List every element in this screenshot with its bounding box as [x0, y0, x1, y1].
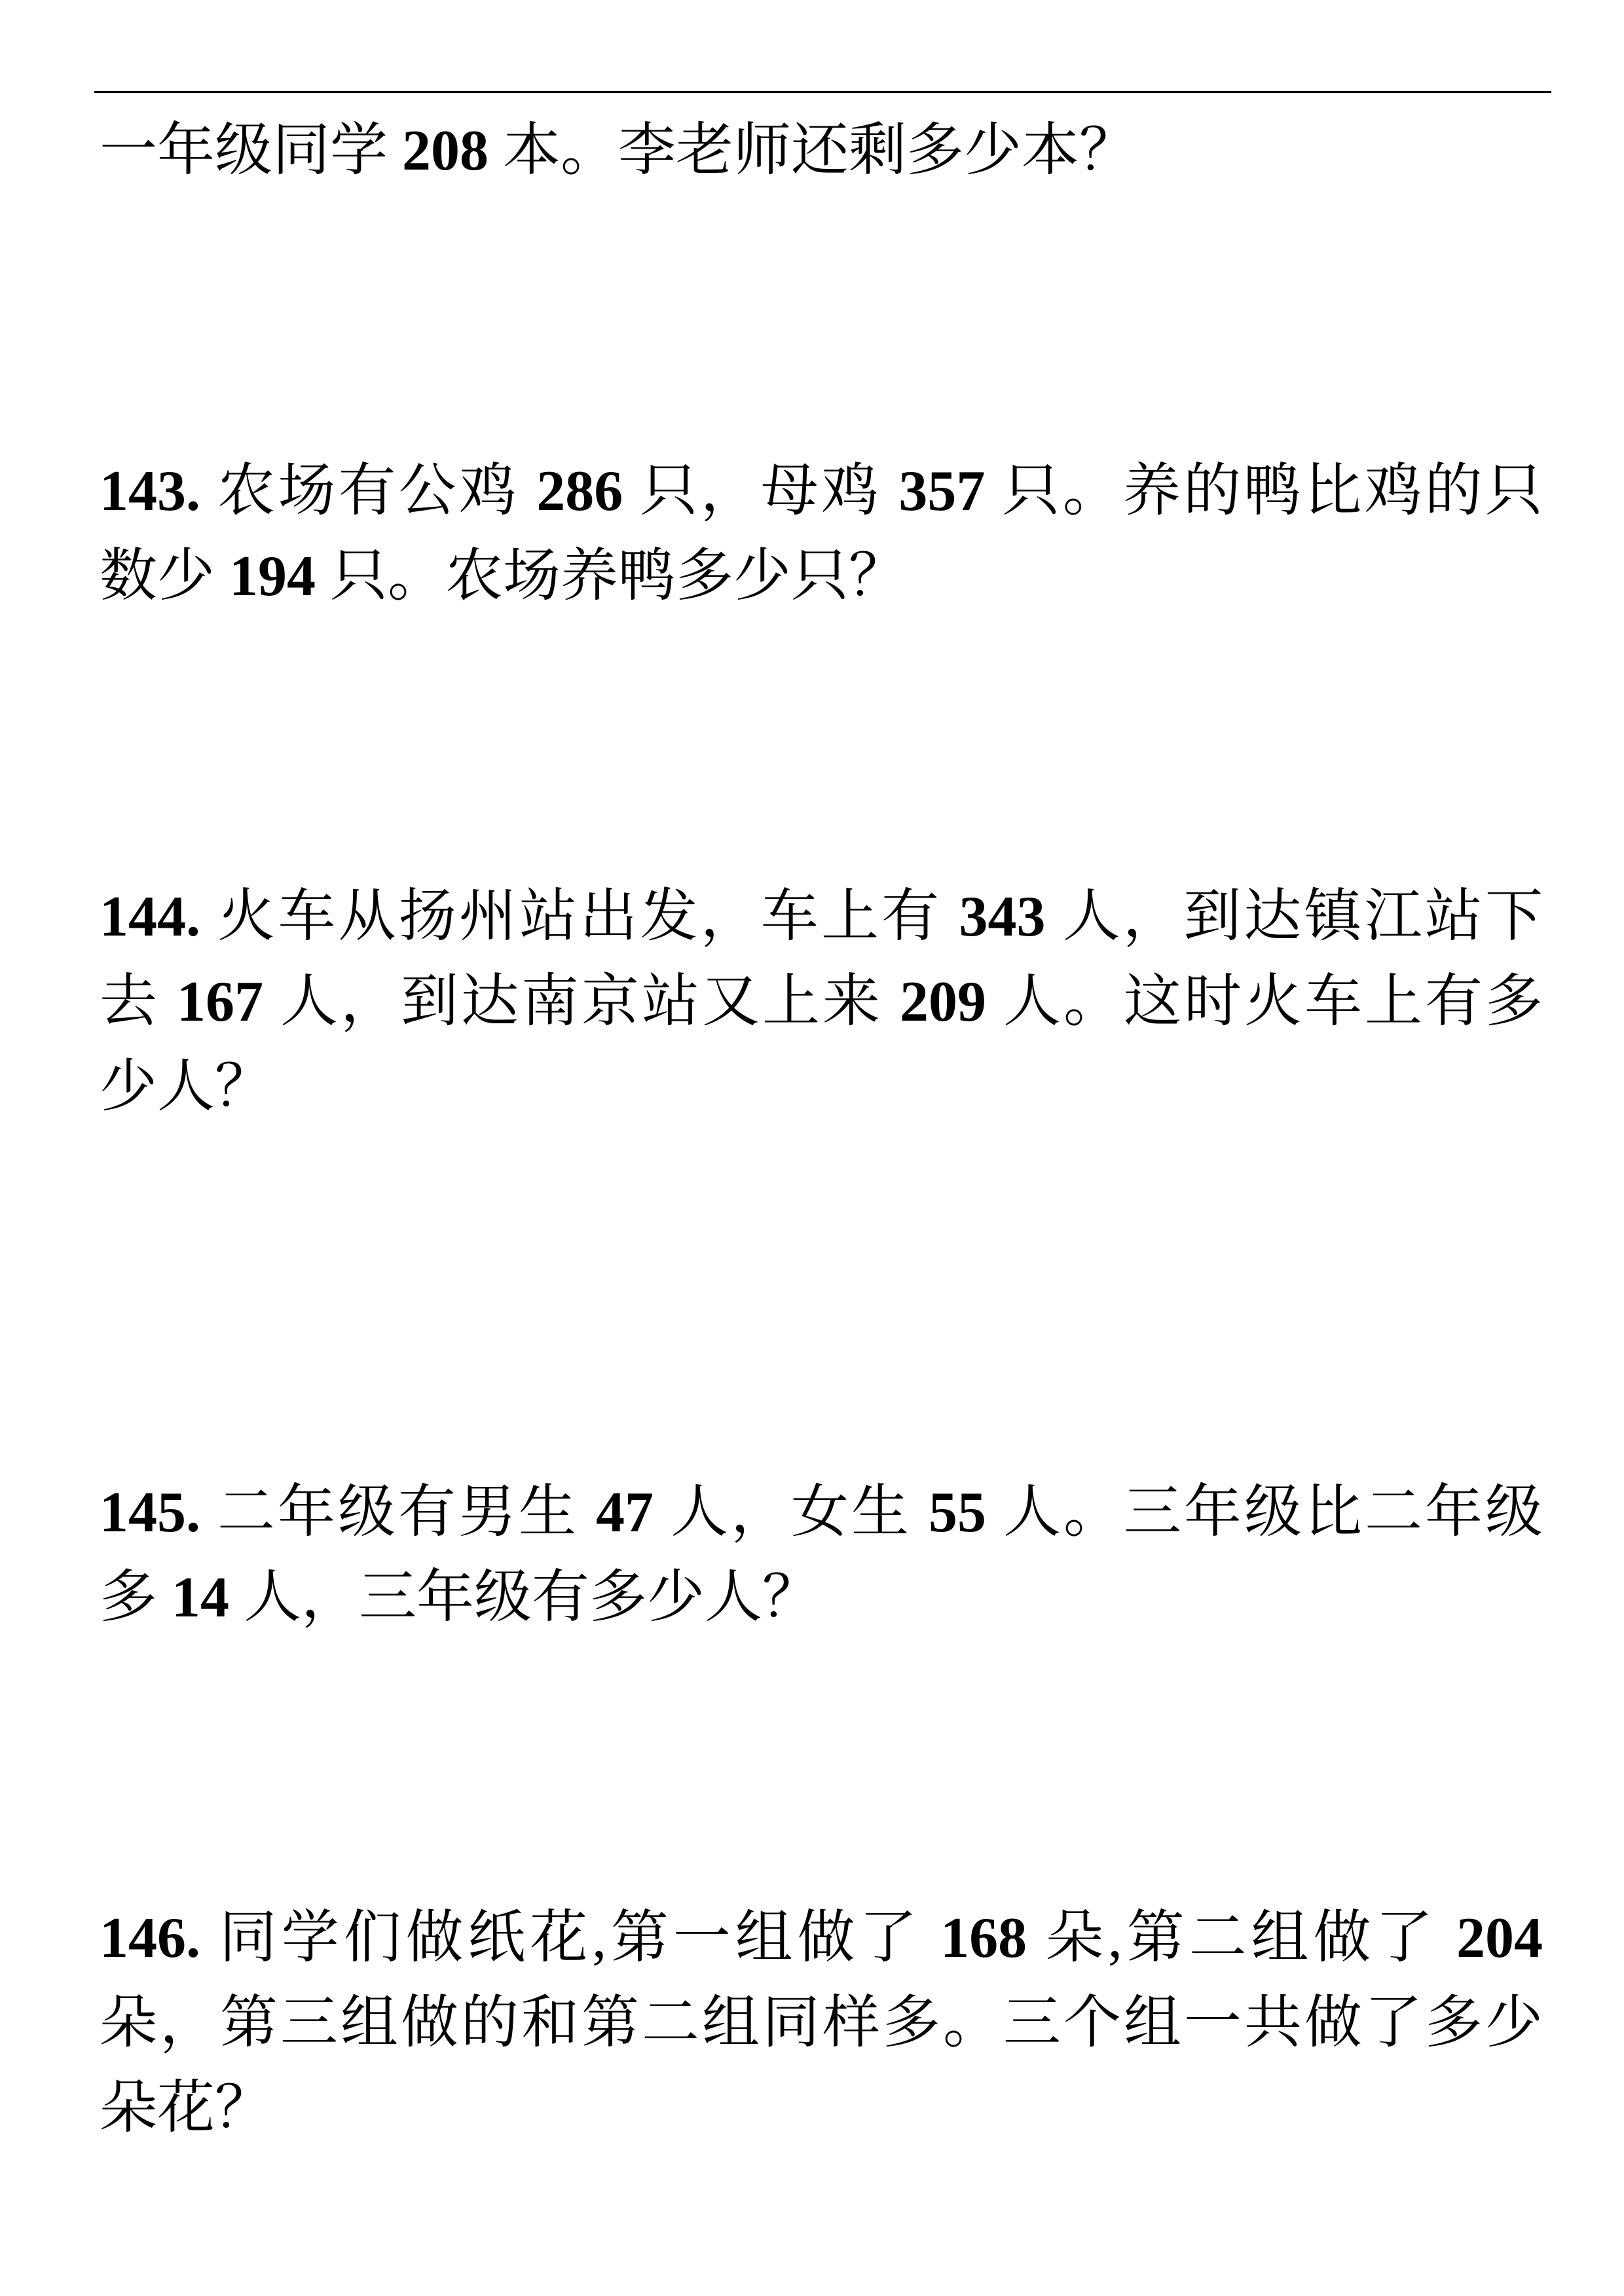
number-value: 47: [596, 1481, 654, 1544]
problem-text: 人，女生: [654, 1481, 929, 1544]
problem-line: 少人？: [100, 1045, 1543, 1130]
problem-text: 只。养的鸭比鸡的只: [985, 460, 1543, 523]
number-value: 286: [536, 460, 623, 523]
number-value: 143.: [100, 460, 200, 523]
number-value: 357: [898, 460, 985, 523]
problem-text: 去: [100, 970, 177, 1034]
problem-146: 146. 同学们做纸花,第一组做了 168 朵,第二组做了 204朵，第三组做的…: [100, 1896, 1543, 2151]
problem-line: 145. 二年级有男生 47 人，女生 55 人。三年级比二年级: [100, 1470, 1543, 1556]
number-value: 209: [900, 970, 986, 1034]
problem-text: 本。李老师还剩多少本？: [489, 119, 1137, 183]
problem-text: 朵花？: [100, 2077, 272, 2140]
problem-text: 人，三年级有多少人？: [229, 1566, 820, 1630]
problem-line: 143. 农场有公鸡 286 只，母鸡 357 只。养的鸭比鸡的只: [100, 449, 1543, 534]
problem-text: 火车从扬州站出发，车上有: [200, 885, 959, 949]
problem-144: 144. 火车从扬州站出发，车上有 343 人，到达镇江站下去 167 人，到达…: [100, 875, 1543, 1130]
number-value: 168: [940, 1906, 1027, 1970]
number-value: 167: [177, 970, 263, 1034]
problem-text: 二年级有男生: [200, 1481, 596, 1544]
problem-text: 人，到达镇江站下: [1046, 885, 1543, 949]
worksheet-body: 一年级同学 208 本。李老师还剩多少本？ 143. 农场有公鸡 286 只，母…: [0, 0, 1624, 2296]
problem-text: 同学们做纸花,第一组做了: [200, 1906, 940, 1970]
problem-line: 朵花？: [100, 2066, 1543, 2151]
problem-text: 一年级同学: [100, 119, 402, 183]
number-value: 55: [929, 1481, 986, 1544]
number-value: 14: [172, 1566, 229, 1630]
problem-line: 朵，第三组做的和第二组同样多。三个组一共做了多少: [100, 1981, 1543, 2066]
problem-text: 朵,第二组做了: [1027, 1906, 1456, 1970]
problem-145: 145. 二年级有男生 47 人，女生 55 人。三年级比二年级多 14 人，三…: [100, 1470, 1543, 1641]
number-value: 144.: [100, 885, 200, 949]
problem-text: 只。农场养鸭多少只？: [316, 545, 906, 608]
problem-text: 人。这时火车上有多: [986, 970, 1543, 1034]
number-value: 145.: [100, 1481, 200, 1544]
problem-line: 去 167 人，到达南京站又上来 209 人。这时火车上有多: [100, 960, 1543, 1045]
number-value: 343: [959, 885, 1046, 949]
problem-line: 146. 同学们做纸花,第一组做了 168 朵,第二组做了 204: [100, 1896, 1543, 1981]
number-value: 208: [402, 119, 489, 183]
problem-text: 少人？: [100, 1055, 272, 1119]
problem-line: 多 14 人，三年级有多少人？: [100, 1556, 1543, 1641]
number-value: 204: [1456, 1906, 1543, 1970]
problem-142-continued: 一年级同学 208 本。李老师还剩多少本？: [100, 109, 1543, 194]
problem-143: 143. 农场有公鸡 286 只，母鸡 357 只。养的鸭比鸡的只数少 194 …: [100, 449, 1543, 619]
problem-text: 朵，第三组做的和第二组同样多。三个组一共做了多少: [100, 1992, 1543, 2055]
problem-text: 农场有公鸡: [200, 460, 536, 523]
problem-text: 多: [100, 1566, 172, 1630]
problem-text: 人。三年级比二年级: [986, 1481, 1543, 1544]
problem-line: 一年级同学 208 本。李老师还剩多少本？: [100, 109, 1543, 194]
problem-text: 只，母鸡: [623, 460, 898, 523]
number-value: 194: [229, 545, 316, 608]
number-value: 146.: [100, 1906, 200, 1970]
problem-line: 144. 火车从扬州站出发，车上有 343 人，到达镇江站下: [100, 875, 1543, 960]
problem-text: 人，到达南京站又上来: [263, 970, 900, 1034]
problem-text: 数少: [100, 545, 229, 608]
problem-line: 数少 194 只。农场养鸭多少只？: [100, 534, 1543, 619]
